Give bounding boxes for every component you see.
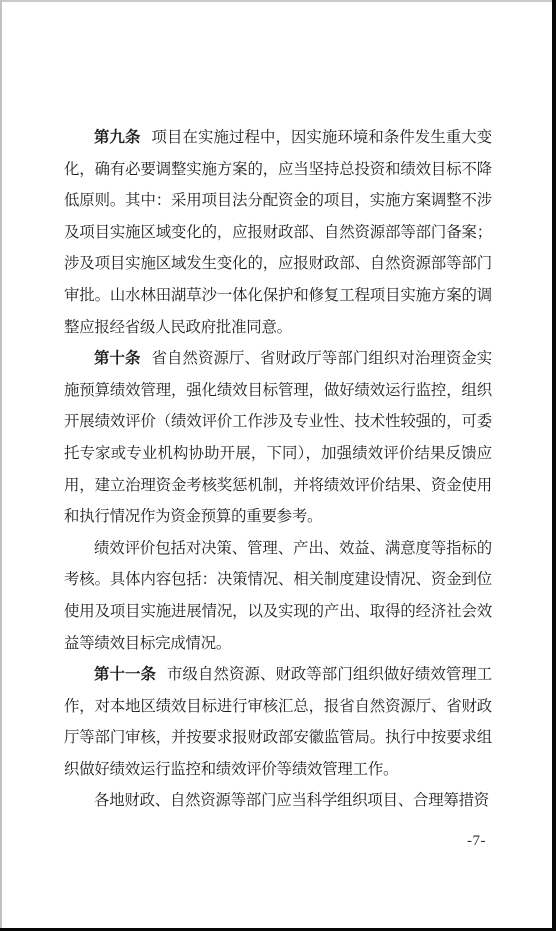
document-body: 第九条项目在实施过程中，因实施环境和条件发生重大变化，确有必要调整实施方案的，应… <box>64 122 492 817</box>
scan-edge-top <box>0 0 556 2</box>
paragraph: 第十条省自然资源厅、省财政厅等部门组织对治理资金实施预算绩效管理，强化绩效目标管… <box>64 343 492 533</box>
paragraph-text: 项目在实施过程中，因实施环境和条件发生重大变化，确有必要调整实施方案的，应当坚持… <box>64 129 492 336</box>
paragraph: 各地财政、自然资源等部门应当科学组织项目、合理筹措资 <box>64 785 492 817</box>
paragraph: 绩效评价包括对决策、管理、产出、效益、满意度等指标的考核。具体内容包括：决策情况… <box>64 533 492 659</box>
article-number: 第十条 <box>94 350 140 367</box>
scan-edge-right <box>552 0 556 931</box>
paragraph: 第十一条市级自然资源、财政等部门组织做好绩效管理工作，对本地区绩效目标进行审核汇… <box>64 659 492 785</box>
paragraph-text: 各地财政、自然资源等部门应当科学组织项目、合理筹措资 <box>94 792 489 809</box>
scan-edge-left <box>0 0 2 931</box>
page-number: -7- <box>0 833 486 850</box>
paragraph-text: 省自然资源厅、省财政厅等部门组织对治理资金实施预算绩效管理，强化绩效目标管理，做… <box>64 350 492 525</box>
article-number: 第十一条 <box>94 666 156 683</box>
paragraph-text: 绩效评价包括对决策、管理、产出、效益、满意度等指标的考核。具体内容包括：决策情况… <box>64 540 492 652</box>
article-number: 第九条 <box>94 129 140 146</box>
paragraph: 第九条项目在实施过程中，因实施环境和条件发生重大变化，确有必要调整实施方案的，应… <box>64 122 492 343</box>
document-page: 第九条项目在实施过程中，因实施环境和条件发生重大变化，确有必要调整实施方案的，应… <box>0 0 556 931</box>
